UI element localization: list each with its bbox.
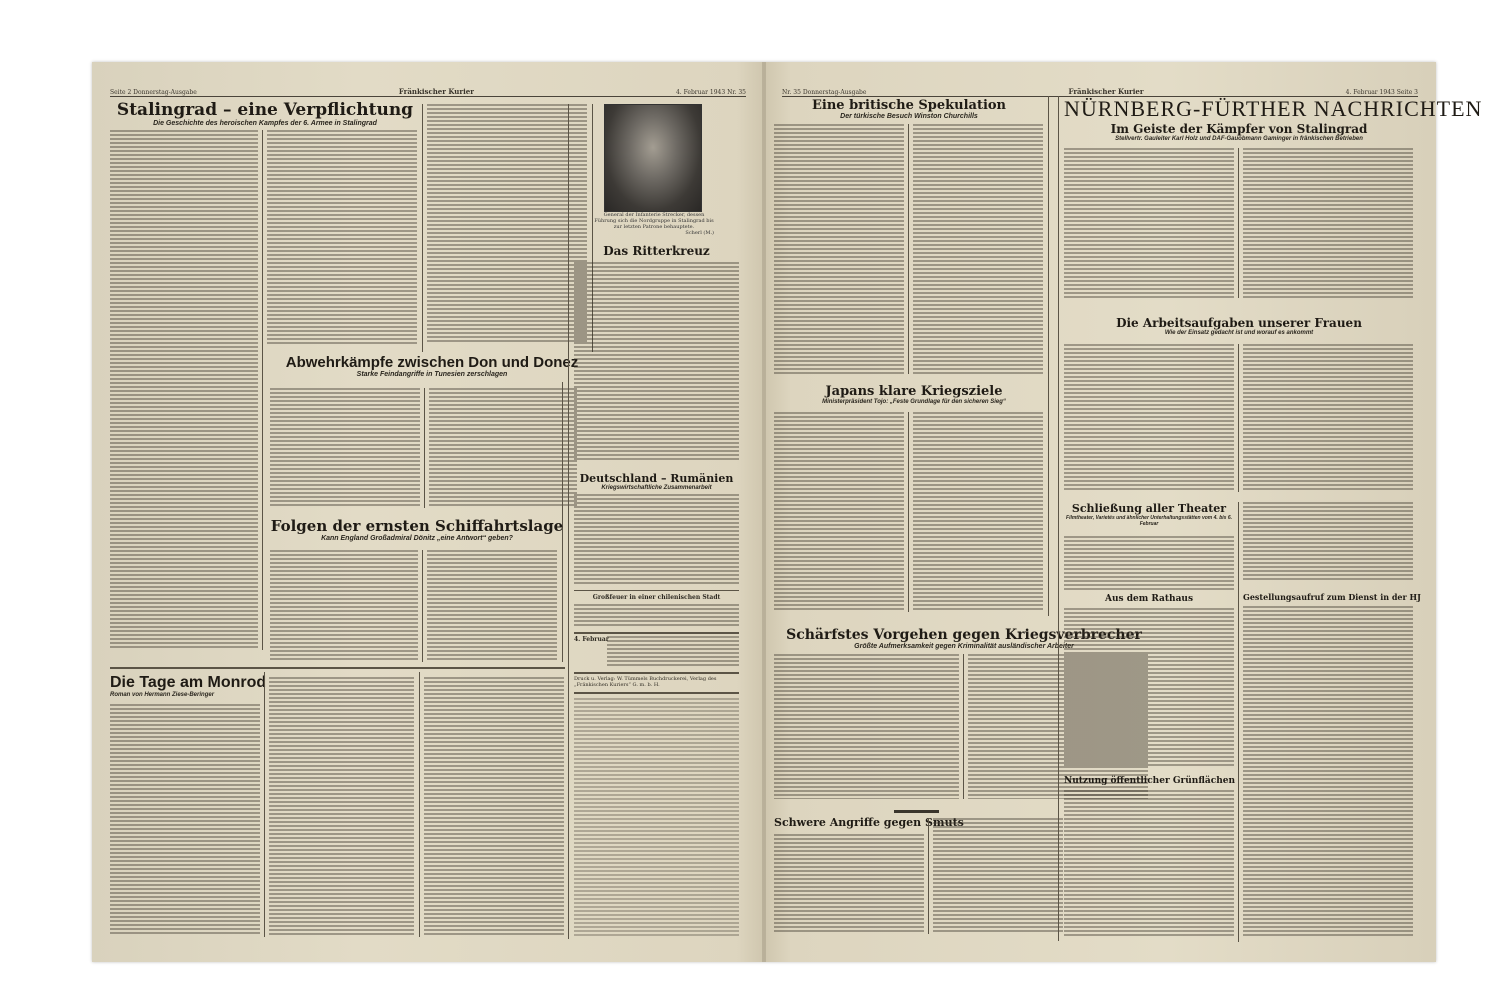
photo-caption: General der Infanterie Strecker, dessen … <box>594 212 714 236</box>
column-rule <box>1048 96 1049 616</box>
lead-subhead: Stellvertr. Gauleiter Karl Holz und DAF-… <box>1064 136 1414 142</box>
article-gruenflaechen: Nutzung öffentlicher Grünflächen <box>1064 776 1234 786</box>
subhead: Kriegswirtschaftliche Zusammenarbeit <box>574 485 739 491</box>
body-text <box>110 704 260 934</box>
subhead: Wie der Einsatz gedacht ist und worauf e… <box>1064 330 1414 336</box>
caption-text: General der Infanterie Strecker, dessen … <box>594 212 714 230</box>
body-text <box>774 834 924 934</box>
body-text <box>774 654 959 799</box>
column-rule <box>963 654 964 799</box>
rule <box>574 692 739 694</box>
body-text <box>574 494 739 586</box>
body-text <box>933 818 1063 934</box>
article-deutschland-rumaenien: Deutschland – Rumänien Kriegswirtschaftl… <box>574 472 739 491</box>
article-hj: Gestellungsaufruf zum Dienst in der HJ <box>1243 592 1413 602</box>
column-rule <box>908 124 909 374</box>
divider <box>894 810 939 813</box>
headline: Eine britische Spekulation <box>774 98 1044 113</box>
brief-title: Großfeuer in einer chilenischen Stadt <box>574 594 739 601</box>
left-runner-right: 4. Februar 1943 Nr. 35 <box>676 89 746 96</box>
body-text <box>1243 344 1413 492</box>
column-rule <box>1238 148 1239 298</box>
headline: Schließung aller Theater <box>1064 502 1234 515</box>
headline: Das Ritterkreuz <box>574 244 739 258</box>
headline: Die Tage am Monrod <box>110 674 270 692</box>
newspaper-spread: Seite 2 Donnerstag-Ausgabe Fränkischer K… <box>92 62 1436 962</box>
right-runner-right: 4. Februar 1943 Seite 3 <box>1346 89 1418 96</box>
body-text <box>774 124 904 374</box>
imprint: Druck u. Verlag: W. Tümmels Buchdruckere… <box>574 676 739 688</box>
lead-headline: Im Geiste der Kämpfer von Stalingrad <box>1064 122 1414 136</box>
column-rule <box>422 104 423 352</box>
article-theater: Schließung aller Theater Filmtheater, Va… <box>1064 502 1234 527</box>
body-text <box>270 388 420 508</box>
subhead: Filmtheater, Varietés und ähnlicher Unte… <box>1064 515 1234 527</box>
portrait-photo <box>604 104 702 212</box>
article-stalingrad: Stalingrad – eine Verpflichtung Die Gesc… <box>110 100 420 127</box>
headline: Folgen der ernsten Schiffahrtslage <box>267 517 567 535</box>
article-schiffahrtslage: Folgen der ernsten Schiffahrtslage Kann … <box>267 517 567 542</box>
local-section-header: NÜRNBERG-FÜRTHER NACHRICHTEN Im Geiste d… <box>1064 96 1414 142</box>
body-text <box>1064 344 1234 492</box>
headline: Japans klare Kriegsziele <box>784 384 1044 399</box>
body-text <box>427 550 557 662</box>
subhead: Der türkische Besuch Winston Churchills <box>774 113 1044 120</box>
local-masthead: NÜRNBERG-FÜRTHER NACHRICHTEN <box>1064 96 1414 122</box>
headline: Stalingrad – eine Verpflichtung <box>110 100 420 120</box>
body-text <box>1064 536 1234 590</box>
left-running-header: Seite 2 Donnerstag-Ausgabe Fränkischer K… <box>110 82 746 97</box>
headline: Nutzung öffentlicher Grünflächen <box>1064 776 1234 786</box>
headline: Abwehrkämpfe zwischen Don und Donez <box>267 354 597 371</box>
body-text <box>574 604 739 626</box>
column-rule <box>568 104 569 939</box>
left-runner-title: Fränkischer Kurier <box>399 87 474 96</box>
subhead: Die Geschichte des heroischen Kampfes de… <box>110 120 420 127</box>
body-text <box>607 636 739 666</box>
body-text <box>267 130 417 345</box>
headline: Gestellungsaufruf zum Dienst in der HJ <box>1243 592 1413 602</box>
headline: Aus dem Rathaus <box>1064 594 1234 604</box>
subhead: Roman von Hermann Ziese-Beringer <box>110 692 270 698</box>
body-text <box>913 412 1043 612</box>
right-running-header: Nr. 35 Donnerstag-Ausgabe Fränkischer Ku… <box>782 82 1418 97</box>
right-runner-title: Fränkischer Kurier <box>1068 87 1143 96</box>
headline: Schwere Angriffe gegen Smuts <box>774 816 929 829</box>
subhead: Starke Feindangriffe in Tunesien zerschl… <box>267 371 597 378</box>
left-runner-left: Seite 2 Donnerstag-Ausgabe <box>110 89 197 96</box>
photo-credit: Scherl (M.) <box>594 230 714 236</box>
article-ritterkreuz: Das Ritterkreuz <box>574 244 739 258</box>
column-rule <box>1238 344 1239 492</box>
column-rule <box>422 550 423 662</box>
column-rule <box>928 818 929 934</box>
column-rule <box>264 672 265 937</box>
column-rule <box>262 130 263 650</box>
rule <box>574 590 739 591</box>
subhead: Kann England Großadmiral Dönitz „eine An… <box>267 535 567 542</box>
body-text <box>774 412 904 612</box>
body-text <box>110 130 258 650</box>
brief-fire: Großfeuer in einer chilenischen Stadt <box>574 594 739 601</box>
article-smuts: Schwere Angriffe gegen Smuts <box>774 816 929 829</box>
column-rule <box>419 672 420 937</box>
left-page: Seite 2 Donnerstag-Ausgabe Fränkischer K… <box>92 62 764 962</box>
rule <box>574 672 739 674</box>
column-rule <box>424 388 425 508</box>
body-text <box>269 677 414 937</box>
body-text <box>574 262 739 462</box>
column-rule <box>1238 502 1239 942</box>
headline: Die Arbeitsaufgaben unserer Frauen <box>1064 316 1414 330</box>
article-japans-kriegsziele: Japans klare Kriegsziele Ministerpräside… <box>784 384 1044 405</box>
headline: Deutschland – Rumänien <box>574 472 739 485</box>
body-text <box>424 677 564 937</box>
body-text <box>1064 148 1234 298</box>
right-runner-left: Nr. 35 Donnerstag-Ausgabe <box>782 89 866 96</box>
body-text <box>1064 790 1234 938</box>
body-text <box>913 124 1043 374</box>
column-rule <box>908 412 909 612</box>
body-text <box>574 698 739 938</box>
column-rule <box>1058 96 1059 941</box>
body-text <box>1243 148 1413 298</box>
body-text <box>1064 608 1234 768</box>
section-rule <box>110 667 565 669</box>
body-text <box>1243 502 1413 582</box>
article-rathaus: Aus dem Rathaus <box>1064 594 1234 604</box>
article-frauen: Die Arbeitsaufgaben unserer Frauen Wie d… <box>1064 316 1414 336</box>
calendar-title: 4. Februar <box>574 636 609 643</box>
body-text <box>429 388 577 508</box>
right-page: Nr. 35 Donnerstag-Ausgabe Fränkischer Ku… <box>764 62 1436 962</box>
article-abwehrkaempfe: Abwehrkämpfe zwischen Don und Donez Star… <box>267 354 597 378</box>
subhead: Ministerpräsident Tojo: „Feste Grundlage… <box>784 399 1044 405</box>
rule <box>574 632 739 634</box>
body-text <box>427 104 587 344</box>
article-roman: Die Tage am Monrod Roman von Hermann Zie… <box>110 674 270 698</box>
body-text <box>1243 606 1413 938</box>
body-text <box>270 550 418 662</box>
article-britische-spekulation: Eine britische Spekulation Der türkische… <box>774 98 1044 120</box>
